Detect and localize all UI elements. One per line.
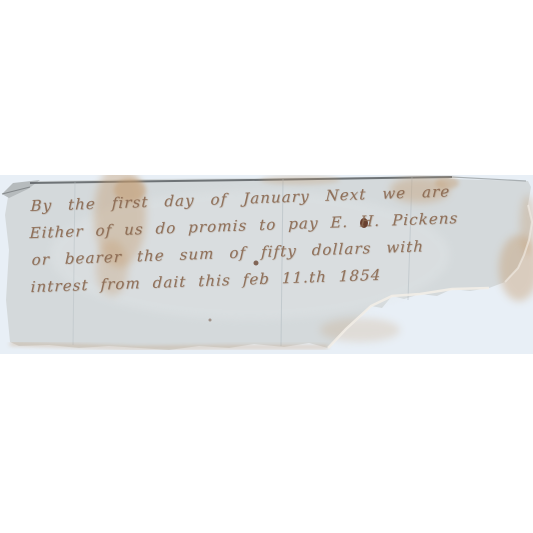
ink-speck	[254, 261, 259, 266]
stain-blob	[320, 318, 400, 342]
stain-blob	[114, 178, 146, 202]
torn-paper-graphic	[0, 175, 533, 354]
stain-blob	[435, 177, 459, 189]
ink-speck	[209, 319, 212, 322]
stain-blob	[260, 175, 340, 185]
ink-blot	[360, 218, 368, 228]
stain-blob	[96, 240, 128, 296]
page-background: { "page": { "background": "#ffffff" }, "…	[0, 0, 533, 533]
document-scan	[0, 175, 533, 354]
